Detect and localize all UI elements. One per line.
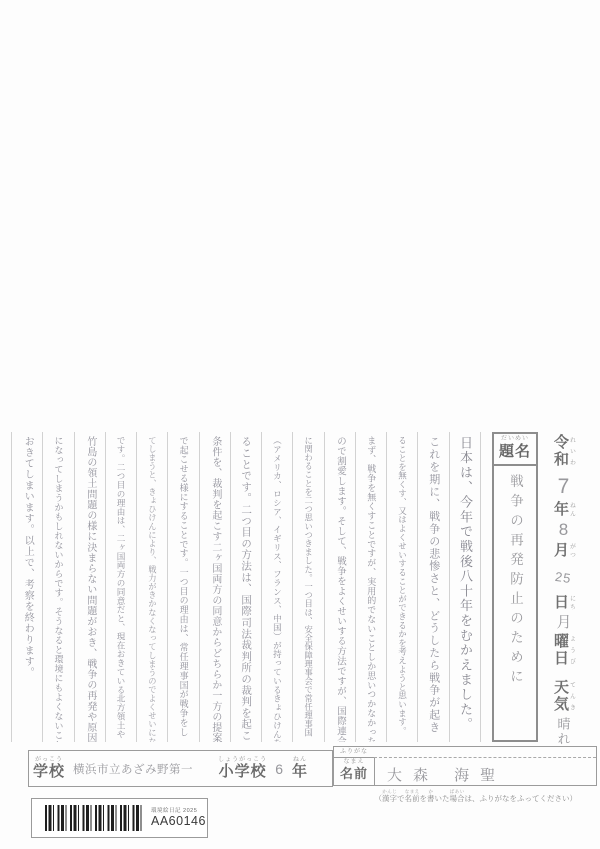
barcode-icon [45, 805, 145, 831]
name-row: なまえ 名前 大森 海聖 [334, 758, 596, 785]
essay-column: です。二つ目の理由は、二ヶ国両方の同意だと、現在おきている北方領土や [106, 432, 137, 742]
barcode-code: AA60146 [151, 814, 206, 828]
name-label: なまえ 名前 [334, 758, 375, 785]
furigana-write-line [374, 747, 596, 758]
essay-column: になってしまうかもしれないからです。そうなると環境にもよくないことが [43, 432, 74, 742]
scanned-essay-sheet: 日本は、今年で戦後八十年をむかえました。 これを期に、戦争の悲惨さと、どうしたら… [0, 0, 600, 849]
day-label: 日にち [543, 594, 583, 611]
essay-column: 日本は、今年で戦後八十年をむかえました。 [450, 432, 481, 742]
title-value-handwritten: 戦争の再発防止のために [495, 474, 535, 724]
essay-column: これを期に、戦争の悲惨さと、どうしたら戦争が起き [418, 432, 449, 742]
grade-value-handwritten: 6 [275, 761, 283, 777]
essay-column: 条件を、裁判を起こす二ヶ国両方の同意からどちらか一方の提案 [200, 432, 231, 742]
weather-label: 天気てんき [543, 679, 583, 713]
title-label: だいめい 題名 [494, 434, 536, 466]
essay-column: に関わることを二つ思いつきました。一つ目は、安全保障理事会で常任理事国 [293, 432, 324, 742]
furigana-row: ふりがな [334, 747, 596, 758]
weather-value-handwritten: 晴れ [543, 717, 583, 747]
month-label: 月がつ [543, 542, 583, 559]
school-name-handwritten: 横浜市立あざみ野第一 [73, 761, 214, 777]
name-field: ふりがな なまえ 名前 大森 海聖 [333, 746, 597, 786]
month-value-handwritten: 8 [543, 520, 583, 539]
school-label: がっこう 学校 [33, 757, 65, 780]
barcode-label: 環境絵日記 2025 AA60146 [31, 798, 208, 838]
essay-column: おきてしまいます。以上で、考察を終わります。 [12, 432, 43, 742]
essay-column: ることです。二つ目の方法は、国際司法裁判所の裁判を起こす [231, 432, 262, 742]
era-label: 令和れいわ [543, 434, 583, 468]
day-value-handwritten: 25 [543, 570, 583, 585]
weekday-label: 曜日ようび [543, 633, 583, 667]
year-label: 年ねん [543, 501, 583, 518]
furigana-label: ふりがな [334, 747, 374, 758]
grade-label: ねん 年 [292, 757, 308, 780]
essay-column: ので割愛します。そして、戦争をよくせいする方法ですが、国際連合 [325, 432, 356, 742]
essay-column: 竹島の領土問題の様に決まらない問題がおき、戦争の再発や原因 [75, 432, 106, 742]
barcode-text: 環境絵日記 2025 AA60146 [151, 808, 206, 829]
date-strip: 令和れいわ 7 年ねん 8 月がつ 25 日にち 月 曜日ようび 天気てんき 晴 [543, 432, 583, 742]
furigana-instruction-note: （漢字かんじで名前なまえを書かいた場合ばあいは、ふりがなをふってください） [300, 789, 577, 803]
weekday-value-handwritten: 月 [543, 614, 583, 629]
name-value-handwritten: 大森 海聖 [375, 758, 596, 785]
essay-column: （アメリカ、ロシア、イギリス、フランス、中国）が持っているきょひけんをやめ [262, 432, 293, 742]
essay-column: で起こせる様にすることです。一つ目の理由は、常任理事国が戦争をし [168, 432, 199, 742]
essay-column: てしまうと、きょひけんにより、戦力がきかなくなってしまうのでよくせいにならないか… [137, 432, 168, 742]
year-value-handwritten: 7 [543, 475, 583, 498]
essay-column: ることを無くす、又はよくせいすることができるかを考えようと思います。 [387, 432, 418, 742]
school-field: がっこう 学校 横浜市立あざみ野第一 しょうがっこう 小学校 6 ねん 年 [28, 750, 333, 787]
essay-column: まず、戦争を無くすことですが、実用的でないことしか思いつかなかった [356, 432, 387, 742]
school-type-label: しょうがっこう 小学校 [218, 757, 267, 780]
title-box: だいめい 題名 戦争の再発防止のために [492, 432, 538, 742]
essay-grid: 日本は、今年で戦後八十年をむかえました。 これを期に、戦争の悲惨さと、どうしたら… [11, 432, 481, 742]
